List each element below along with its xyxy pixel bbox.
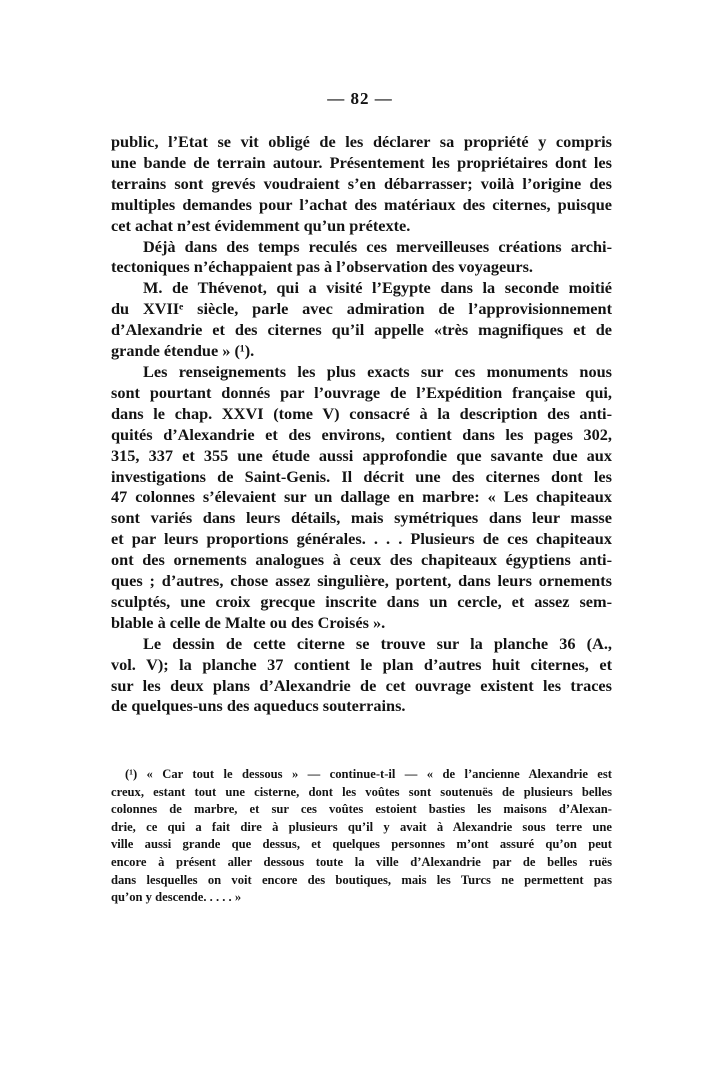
footnote: (¹) « Car tout le dessous » — continue-t… bbox=[111, 766, 612, 907]
text-line: sculptés, une croix grecque inscrite dan… bbox=[111, 592, 612, 613]
footnote-line: ville aussi grande que dessus, et quelqu… bbox=[111, 836, 612, 854]
text-line: vol. V); la planche 37 contient le plan … bbox=[111, 655, 612, 676]
text-line: sont pourtant donnés par l’ouvrage de l’… bbox=[111, 383, 612, 404]
text-line: grande étendue » (¹). bbox=[111, 341, 612, 362]
text-line: Les renseignements les plus exacts sur c… bbox=[111, 362, 612, 383]
text-line: Déjà dans des temps reculés ces merveill… bbox=[111, 237, 612, 258]
text-line: cet achat n’est évidemment qu’un prétext… bbox=[111, 216, 612, 237]
footnote-line: (¹) « Car tout le dessous » — continue-t… bbox=[111, 766, 612, 784]
footnote-line: drie, ce qui a fait dire à plusieurs qu’… bbox=[111, 819, 612, 837]
footnote-line: creux, estant tout une cisterne, dont le… bbox=[111, 784, 612, 802]
text-line: d’Alexandrie et des citernes qu’il appel… bbox=[111, 320, 612, 341]
text-line: et par leurs proportions générales. . . … bbox=[111, 529, 612, 550]
main-text: public, l’Etat se vit obligé de les décl… bbox=[111, 132, 612, 717]
text-line: quités d’Alexandrie et des environs, con… bbox=[111, 425, 612, 446]
page-number: — 82 — bbox=[0, 89, 720, 109]
footnote-line: dans lesquelles on voit encore des bouti… bbox=[111, 872, 612, 890]
footnote-line: qu’on y descende. . . . . » bbox=[111, 889, 612, 907]
text-line: investigations de Saint-Genis. Il décrit… bbox=[111, 467, 612, 488]
footnote-line: colonnes de marbre, et sur ces voûtes es… bbox=[111, 801, 612, 819]
text-line: terrains sont grevés voudraient s’en déb… bbox=[111, 174, 612, 195]
text-line: Le dessin de cette citerne se trouve sur… bbox=[111, 634, 612, 655]
text-line: 47 colonnes s’élevaient sur un dallage e… bbox=[111, 487, 612, 508]
text-line: de quelques-uns des aqueducs souterrains… bbox=[111, 696, 612, 717]
text-line: sont variés dans leurs détails, mais sym… bbox=[111, 508, 612, 529]
text-line: M. de Thévenot, qui a visité l’Egypte da… bbox=[111, 278, 612, 299]
text-line: public, l’Etat se vit obligé de les décl… bbox=[111, 132, 612, 153]
text-line: multiples demandes pour l’achat des maté… bbox=[111, 195, 612, 216]
text-line: ques ; d’autres, chose assez singulière,… bbox=[111, 571, 612, 592]
text-line: dans le chap. XXVI (tome V) consacré à l… bbox=[111, 404, 612, 425]
text-line: du XVIIᵉ siècle, parle avec admiration d… bbox=[111, 299, 612, 320]
text-line: tectoniques n’échappaient pas à l’observ… bbox=[111, 257, 612, 278]
footnote-line: encore à présent aller dessous toute la … bbox=[111, 854, 612, 872]
text-line: une bande de terrain autour. Présentemen… bbox=[111, 153, 612, 174]
text-line: sur les deux plans d’Alexandrie de cet o… bbox=[111, 676, 612, 697]
text-line: ont des ornements analogues à ceux des c… bbox=[111, 550, 612, 571]
text-line: 315, 337 et 355 une étude aussi approfon… bbox=[111, 446, 612, 467]
text-line: blable à celle de Malte ou des Croisés »… bbox=[111, 613, 612, 634]
